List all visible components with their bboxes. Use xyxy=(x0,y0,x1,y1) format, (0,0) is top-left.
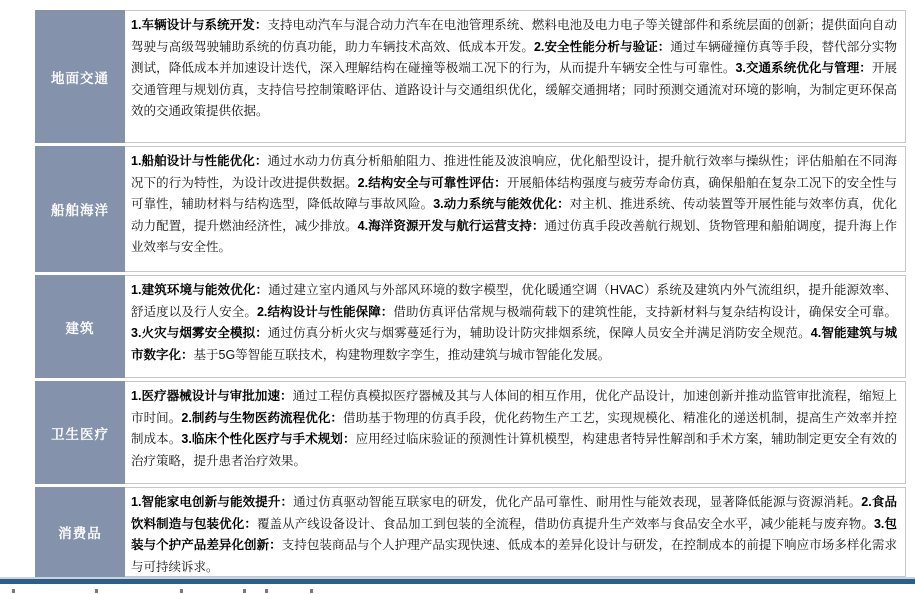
segment-title: 1.船舶设计与性能优化： xyxy=(131,154,267,168)
content-cell: 1.建筑环境与能效优化：通过建立室内通风与外部风环境的数字模型，优化暖通空调（H… xyxy=(125,275,906,378)
category-label: 消费品 xyxy=(58,522,102,542)
table-row: 地面交通 1.车辆设计与系统开发：支持电动汽车与混合动力汽车在电池管理系统、燃料… xyxy=(35,10,906,143)
table-row: 船舶海洋 1.船舶设计与性能优化：通过水动力仿真分析船舶阻力、推进性能及波浪响应… xyxy=(35,146,906,272)
bottom-divider xyxy=(0,577,915,584)
segment-title: 2.制药与生物医药流程优化： xyxy=(181,411,343,425)
segment-text: 通过仿真分析火灾与烟雾蔓延行为，辅助设计防灾排烟系统，保障人员安全并满足消防安全… xyxy=(268,326,811,340)
segment-title: 3.临床个性化医疗与手术规划： xyxy=(181,432,355,446)
segment-title: 2.结构设计与性能保障： xyxy=(257,305,393,319)
segment-text: 通过仿真驱动智能互联家电的研发，优化产品可靠性、耐用性与能效表现，显著降低能源与… xyxy=(293,495,861,509)
segment-title: 3.动力系统与能效优化： xyxy=(433,197,569,211)
content-cell: 1.医疗器械设计与审批加速：通过工程仿真模拟医疗器械及其与人体间的相互作用，优化… xyxy=(125,381,906,484)
category-label: 建筑 xyxy=(66,317,95,337)
table-row: 卫生医疗 1.医疗器械设计与审批加速：通过工程仿真模拟医疗器械及其与人体间的相互… xyxy=(35,381,906,484)
category-label: 船舶海洋 xyxy=(51,199,109,219)
segment-title: 3.交通系统优化与管理： xyxy=(735,61,871,75)
segment-title: 1.智能家电创新与能效提升： xyxy=(131,495,293,509)
content-cell: 1.车辆设计与系统开发：支持电动汽车与混合动力汽车在电池管理系统、燃料电池及电力… xyxy=(125,10,906,143)
segment-title: 3.火灾与烟雾安全模拟： xyxy=(131,326,268,340)
segment-text: 覆盖从产线设备设计、食品加工到包装的全流程，借助仿真提升生产效率与食品安全水平，… xyxy=(257,517,874,531)
category-cell-3: 建筑 xyxy=(35,275,125,378)
segment-text: 借助仿真评估常规与极端荷载下的建筑性能，支持新材料与复杂结构设计，确保安全可靠。 xyxy=(393,305,897,319)
segment-text: 基于5G等智能互联技术，构建物理数字孪生，推动建筑与城市智能化发展。 xyxy=(194,348,611,362)
cutoff-text-fragment xyxy=(0,589,915,594)
segment-title: 1.车辆设计与系统开发： xyxy=(131,18,267,32)
category-label: 卫生医疗 xyxy=(51,423,109,443)
segment-title: 1.医疗器械设计与审批加速： xyxy=(131,389,293,403)
table-row: 建筑 1.建筑环境与能效优化：通过建立室内通风与外部风环境的数字模型，优化暖通空… xyxy=(35,275,906,378)
category-cell-1: 地面交通 xyxy=(35,10,125,143)
segment-title: 2.结构安全与可靠性评估： xyxy=(358,176,507,190)
segment-title: 2.安全性能分析与验证： xyxy=(534,40,670,54)
content-cell: 1.智能家电创新与能效提升：通过仿真驱动智能互联家电的研发，优化产品可靠性、耐用… xyxy=(125,487,906,577)
segment-title: 4.海洋资源开发与航行运营支持： xyxy=(358,219,545,233)
industry-table: 地面交通 1.车辆设计与系统开发：支持电动汽车与混合动力汽车在电池管理系统、燃料… xyxy=(35,10,906,577)
category-cell-4: 卫生医疗 xyxy=(35,381,125,484)
category-label: 地面交通 xyxy=(51,67,109,87)
category-cell-2: 船舶海洋 xyxy=(35,146,125,272)
segment-title: 1.建筑环境与能效优化： xyxy=(131,283,268,297)
page: 地面交通 1.车辆设计与系统开发：支持电动汽车与混合动力汽车在电池管理系统、燃料… xyxy=(0,0,915,594)
category-cell-5: 消费品 xyxy=(35,487,125,577)
content-cell: 1.船舶设计与性能优化：通过水动力仿真分析船舶阻力、推进性能及波浪响应，优化船型… xyxy=(125,146,906,272)
table-row: 消费品 1.智能家电创新与能效提升：通过仿真驱动智能互联家电的研发，优化产品可靠… xyxy=(35,487,906,577)
